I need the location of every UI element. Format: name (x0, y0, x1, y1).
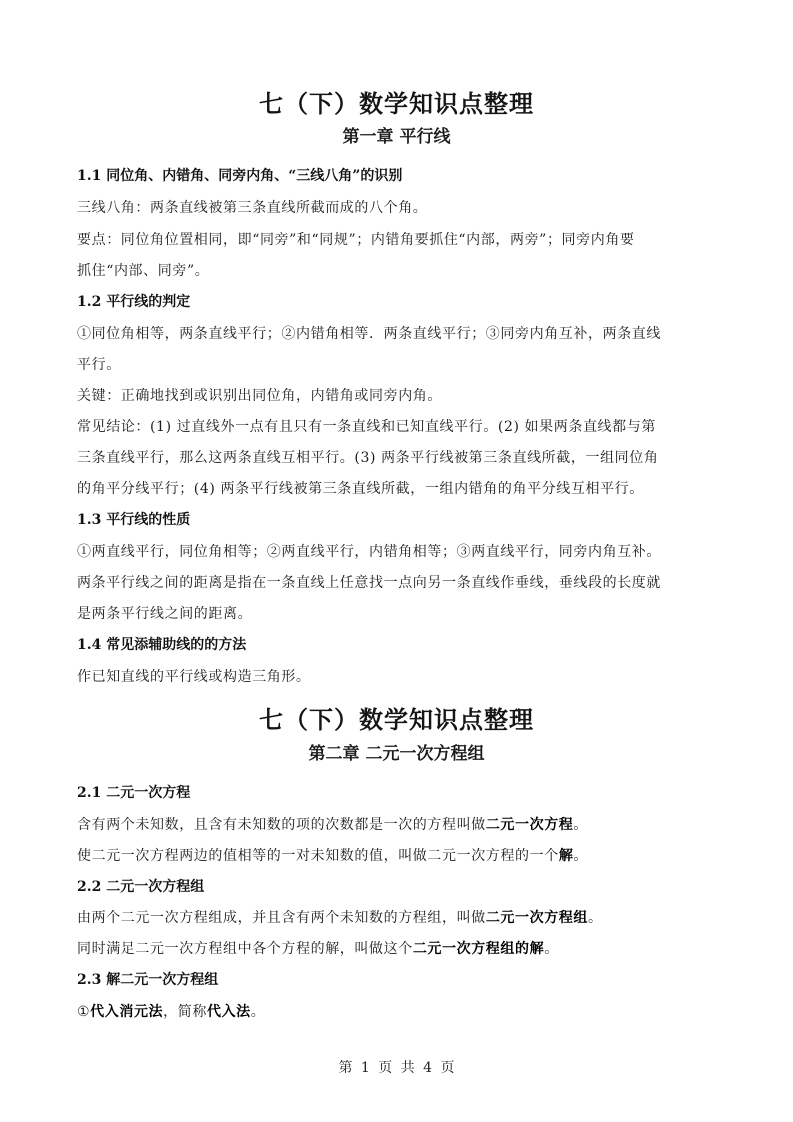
text: ① (77, 1004, 90, 1020)
text: 同时满足二元一次方程组中各个方程的解，叫做这个 (77, 941, 413, 957)
section-1-1-heading: 1.1 同位角、内错角、同旁内角、“三线八角”的识别 (77, 165, 402, 185)
section-2-2-heading: 2.2 二元一次方程组 (77, 876, 204, 896)
document-title: 七（下）数学知识点整理 (0, 84, 793, 119)
text: 使二元一次方程两边的值相等的一对未知数的值，叫做二元一次方程的一个 (77, 848, 559, 864)
section-1-3-line: ①两直线平行，同位角相等；②两直线平行，内错角相等；③两直线平行，同旁内角互补。 (77, 541, 661, 561)
section-1-3-line: 两条平行线之间的距离是指在一条直线上任意找一点向另一条直线作垂线，垂线段的长度就 (77, 572, 661, 592)
section-1-2-line: 的角平分线平行；(4) 两条平行线被第三条直线所截，一组内错角的角平分线互相平行… (77, 478, 644, 498)
bold-term: 二元一次方程组的解 (413, 941, 544, 957)
text: 。 (251, 1004, 266, 1020)
text: 由两个二元一次方程组成，并且含有两个未知数的方程组，叫做 (77, 910, 486, 926)
section-1-2-line: 三条直线平行，那么这两条直线互相平行。(3) 两条平行线被第三条直线所截，一组同… (77, 447, 658, 467)
section-1-3-heading: 1.3 平行线的性质 (77, 509, 190, 529)
section-1-2-line: ①同位角相等，两条直线平行；②内错角相等．两条直线平行；③同旁内角互补，两条直线 (77, 323, 661, 343)
section-1-1-line: 三线八角：两条直线被第三条直线所截而成的八个角。 (77, 197, 427, 217)
text: 。 (544, 941, 559, 957)
section-1-2-line: 常见结论：(1) 过直线外一点有且只有一条直线和已知直线平行。(2) 如果两条直… (77, 416, 656, 436)
section-1-4-heading: 1.4 常见添辅助线的的方法 (77, 634, 246, 654)
bold-term: 二元一次方程 (486, 817, 574, 833)
text: 。 (588, 910, 603, 926)
page-number-footer: 第 1 页 共 4 页 (0, 1057, 793, 1077)
section-1-1-line: 抓住“内部、同旁”。 (77, 260, 209, 280)
section-1-4-line: 作已知直线的平行线或构造三角形。 (77, 666, 311, 686)
text: 。 (573, 817, 588, 833)
section-1-3-line: 是两条平行线之间的距离。 (77, 603, 252, 623)
section-1-2-line: 平行。 (77, 354, 121, 374)
bold-term: 代入法 (207, 1004, 251, 1020)
bold-term: 二元一次方程组 (486, 910, 588, 926)
text: 。 (573, 848, 588, 864)
bold-term: 代入消元法 (90, 1004, 163, 1020)
section-1-1-line: 要点：同位角位置相同，即“同旁”和“同规”；内错角要抓住“内部，两旁”；同旁内角… (77, 229, 635, 249)
text: 含有两个未知数，且含有未知数的项的次数都是一次的方程叫做 (77, 817, 486, 833)
section-1-2-heading: 1.2 平行线的判定 (77, 291, 190, 311)
chapter-2-title: 第二章 二元一次方程组 (0, 739, 793, 764)
text: ，简称 (163, 1004, 207, 1020)
section-2-3-line: ①代入消元法，简称代入法。 (77, 1001, 265, 1021)
section-2-1-heading: 2.1 二元一次方程 (77, 782, 190, 802)
section-2-2-line: 由两个二元一次方程组成，并且含有两个未知数的方程组，叫做二元一次方程组。 (77, 907, 603, 927)
document-title-repeat: 七（下）数学知识点整理 (0, 700, 793, 735)
section-2-2-line: 同时满足二元一次方程组中各个方程的解，叫做这个二元一次方程组的解。 (77, 938, 559, 958)
document-page: 七（下）数学知识点整理 第一章 平行线 1.1 同位角、内错角、同旁内角、“三线… (0, 0, 793, 1122)
section-2-3-heading: 2.3 解二元一次方程组 (77, 969, 218, 989)
bold-term: 解 (559, 848, 574, 864)
section-2-1-line: 含有两个未知数，且含有未知数的项的次数都是一次的方程叫做二元一次方程。 (77, 814, 588, 834)
section-2-1-line: 使二元一次方程两边的值相等的一对未知数的值，叫做二元一次方程的一个解。 (77, 845, 588, 865)
section-1-2-line: 关键：正确地找到或识别出同位角，内错角或同旁内角。 (77, 385, 442, 405)
chapter-1-title: 第一章 平行线 (0, 122, 793, 147)
